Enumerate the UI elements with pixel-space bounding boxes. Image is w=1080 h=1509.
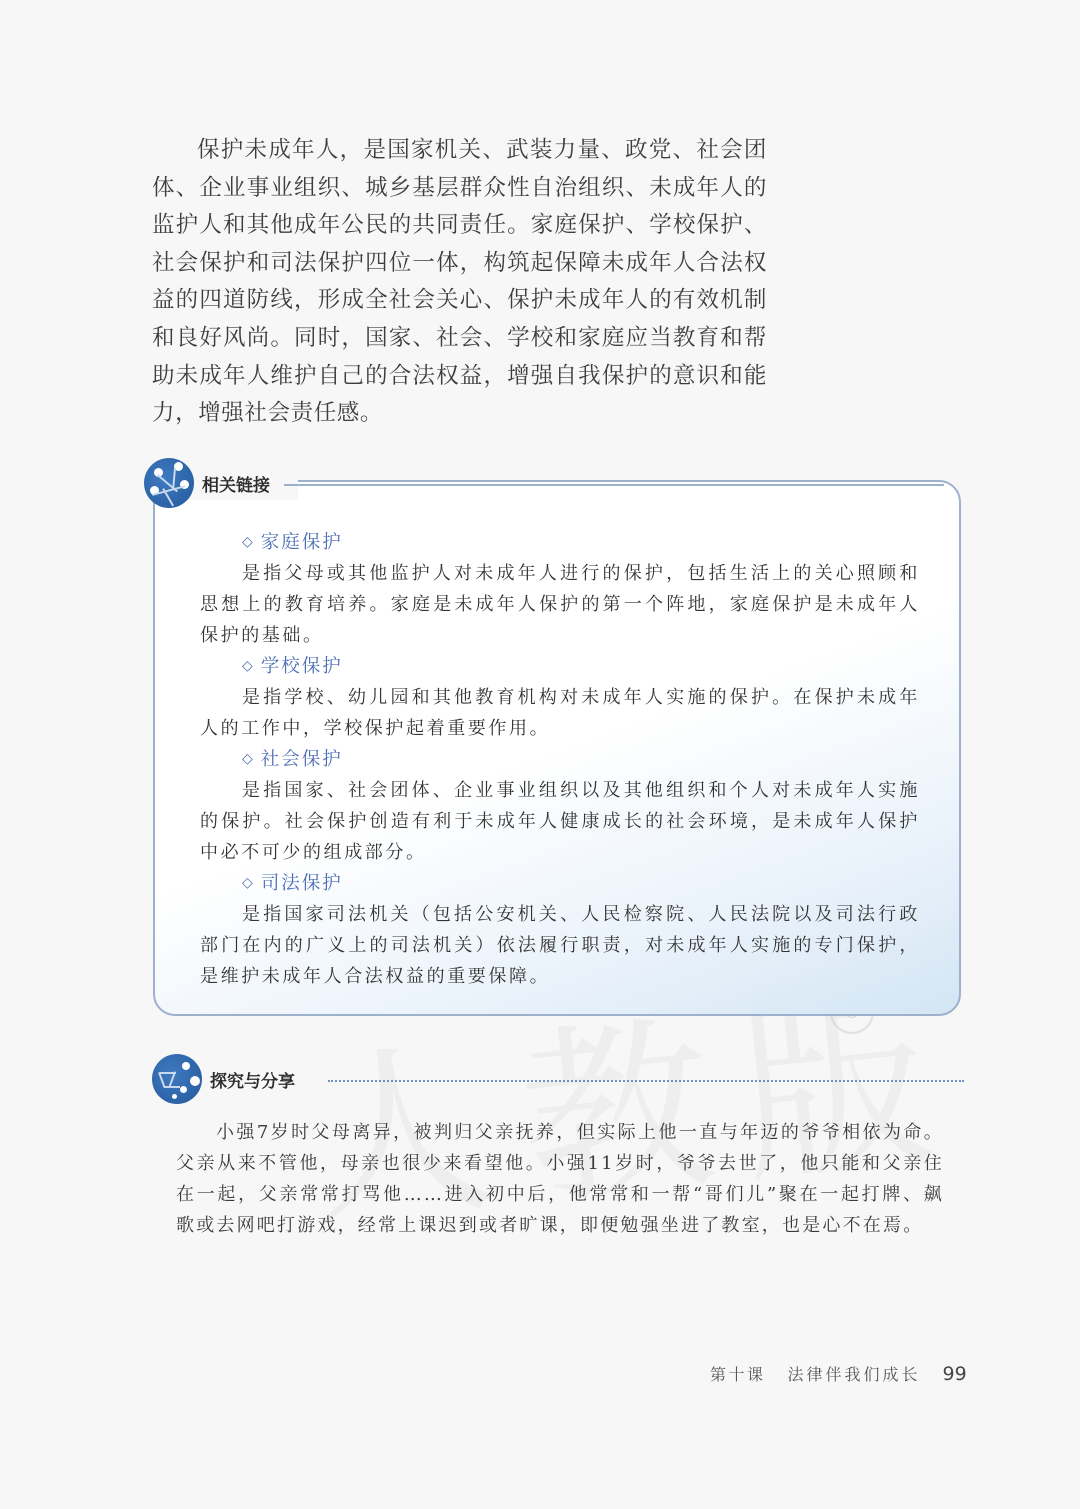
link-item-society: ◇社会保护 是指国家、社会团体、企业事业组织以及其他组织和个人对未成年人实施的保…: [200, 744, 920, 868]
item-body: 是指学校、幼儿园和其他教育机构对未成年人实施的保护。在保护未成年人的工作中，学校…: [200, 682, 920, 744]
item-body: 是指父母或其他监护人对未成年人进行的保护，包括生活上的关心照顾和思想上的教育培养…: [200, 558, 920, 651]
item-heading: ◇家庭保护: [200, 527, 920, 558]
page-number: 99: [943, 1363, 967, 1385]
item-heading-text: 社会保护: [261, 749, 343, 770]
molecule-globe-icon: [152, 1054, 202, 1104]
explore-share-title: 探究与分享: [210, 1067, 295, 1092]
item-heading: ◇司法保护: [200, 868, 920, 899]
item-heading: ◇学校保护: [200, 651, 920, 682]
related-links-title: 相关链接: [202, 471, 270, 496]
item-heading-text: 家庭保护: [261, 532, 343, 553]
diamond-bullet-icon: ◇: [242, 658, 255, 674]
diamond-bullet-icon: ◇: [242, 534, 255, 550]
link-item-family: ◇家庭保护 是指父母或其他监护人对未成年人进行的保护，包括生活上的关心照顾和思想…: [200, 527, 920, 651]
diamond-bullet-icon: ◇: [242, 751, 255, 767]
network-globe-icon: [144, 458, 194, 508]
related-links-header: 相关链接: [144, 458, 944, 508]
item-heading-text: 司法保护: [261, 873, 343, 894]
header-dotted-rule: [328, 1080, 964, 1082]
item-body: 是指国家、社会团体、企业事业组织以及其他组织和个人对未成年人实施的保护。社会保护…: [200, 775, 920, 868]
related-links-content: ◇家庭保护 是指父母或其他监护人对未成年人进行的保护，包括生活上的关心照顾和思想…: [200, 527, 920, 992]
header-rule: [284, 484, 944, 486]
intro-paragraph: 保护未成年人，是国家机关、武装力量、政党、社会团体、企业事业组织、城乡基层群众性…: [152, 132, 767, 433]
item-heading: ◇社会保护: [200, 744, 920, 775]
item-body: 是指国家司法机关（包括公安机关、人民检察院、人民法院以及司法行政部门在内的广义上…: [200, 899, 920, 992]
lesson-title: 法律伴我们成长: [788, 1362, 921, 1385]
story-paragraph: 小强7岁时父母离异，被判归父亲抚养，但实际上他一直与年迈的爷爷相依为命。父亲从来…: [176, 1117, 944, 1241]
diamond-bullet-icon: ◇: [242, 875, 255, 891]
lesson-number: 第十课: [710, 1362, 766, 1385]
link-item-school: ◇学校保护 是指学校、幼儿园和其他教育机构对未成年人实施的保护。在保护未成年人的…: [200, 651, 920, 744]
explore-share-header: 探究与分享: [152, 1054, 295, 1104]
link-item-judicial: ◇司法保护 是指国家司法机关（包括公安机关、人民检察院、人民法院以及司法行政部门…: [200, 868, 920, 992]
item-heading-text: 学校保护: [261, 656, 343, 677]
page-footer: 第十课 法律伴我们成长 99: [710, 1362, 967, 1385]
